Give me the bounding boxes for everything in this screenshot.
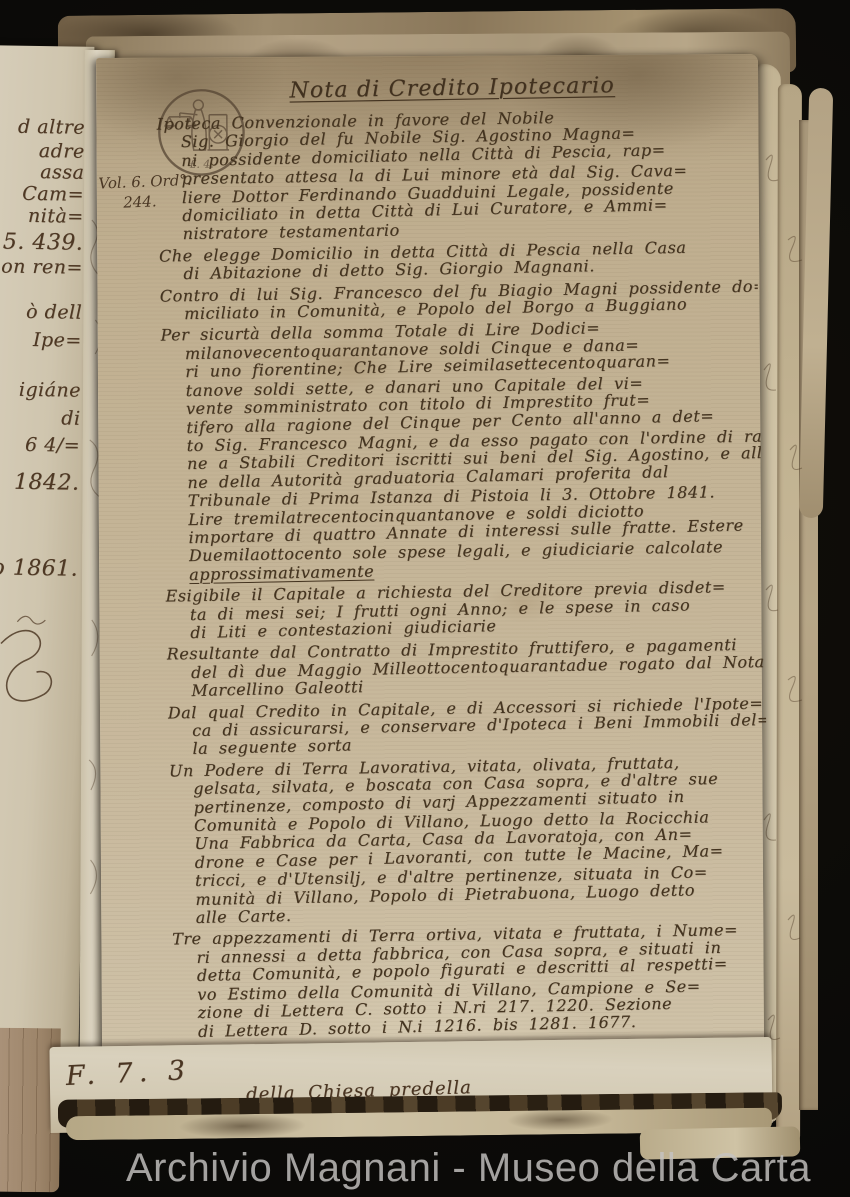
left-sheet-text-fragment: Cam= bbox=[22, 183, 84, 206]
left-sheet-text-fragment: 6 4/= bbox=[25, 434, 80, 457]
left-sheet-text-fragment: 1842. bbox=[14, 470, 80, 496]
left-sheet-text-fragment: 5. 439. bbox=[3, 229, 84, 255]
archival-photo-scene: d altreadreassaCam=nità=5. 439.on ren=ò … bbox=[0, 0, 850, 1197]
left-sheet-text-fragment: di bbox=[61, 407, 81, 429]
left-sheet-text-fragment: on ren= bbox=[1, 255, 83, 278]
left-sheet-text-fragment: adre bbox=[39, 140, 85, 163]
paragraph: Dal qual Credito in Capitale, e di Acces… bbox=[168, 693, 767, 760]
paragraph: Per sicurtà della somma Totale di Lire D… bbox=[160, 316, 763, 585]
folio-number: F. 7. 3 bbox=[65, 1055, 192, 1092]
left-sheet-text-fragment: Ipe= bbox=[33, 329, 82, 352]
paragraph: Esigibile il Capitale a richiesta del Cr… bbox=[165, 576, 764, 643]
document-title: Nota di Credito Ipotecario bbox=[156, 71, 748, 106]
paragraph: Un Podere di Terra Lavorativa, vitata, o… bbox=[169, 751, 770, 928]
main-manuscript-page: £. 4. Vol. 6. Ord°. 244. Nota di Credito… bbox=[96, 54, 764, 1052]
paragraph: Ipoteca Convenzionale in favore del Nobi… bbox=[156, 104, 756, 244]
paragraph: Tre appezzamenti di Terra ortiva, vitata… bbox=[172, 919, 772, 1041]
left-sheet-text-fragment: ò dell bbox=[26, 301, 82, 324]
paragraph: Resultante dal Contratto di Imprestito f… bbox=[167, 634, 766, 701]
left-sheet-text-fragment: igiáne bbox=[19, 379, 81, 402]
left-sheet-text-fragment: io 1861. bbox=[0, 555, 78, 581]
left-sheet-text-fragment: d altre bbox=[18, 116, 85, 139]
signature-flourish bbox=[0, 605, 68, 746]
left-sheet-text-fragment: assa bbox=[40, 161, 84, 184]
manuscript-body-text: Ipoteca Convenzionale in favore del Nobi… bbox=[156, 104, 772, 1044]
archive-watermark-caption: Archivio Magnani - Museo della Carta bbox=[126, 1146, 811, 1191]
left-sheet-text-fragment: nità= bbox=[28, 205, 84, 228]
